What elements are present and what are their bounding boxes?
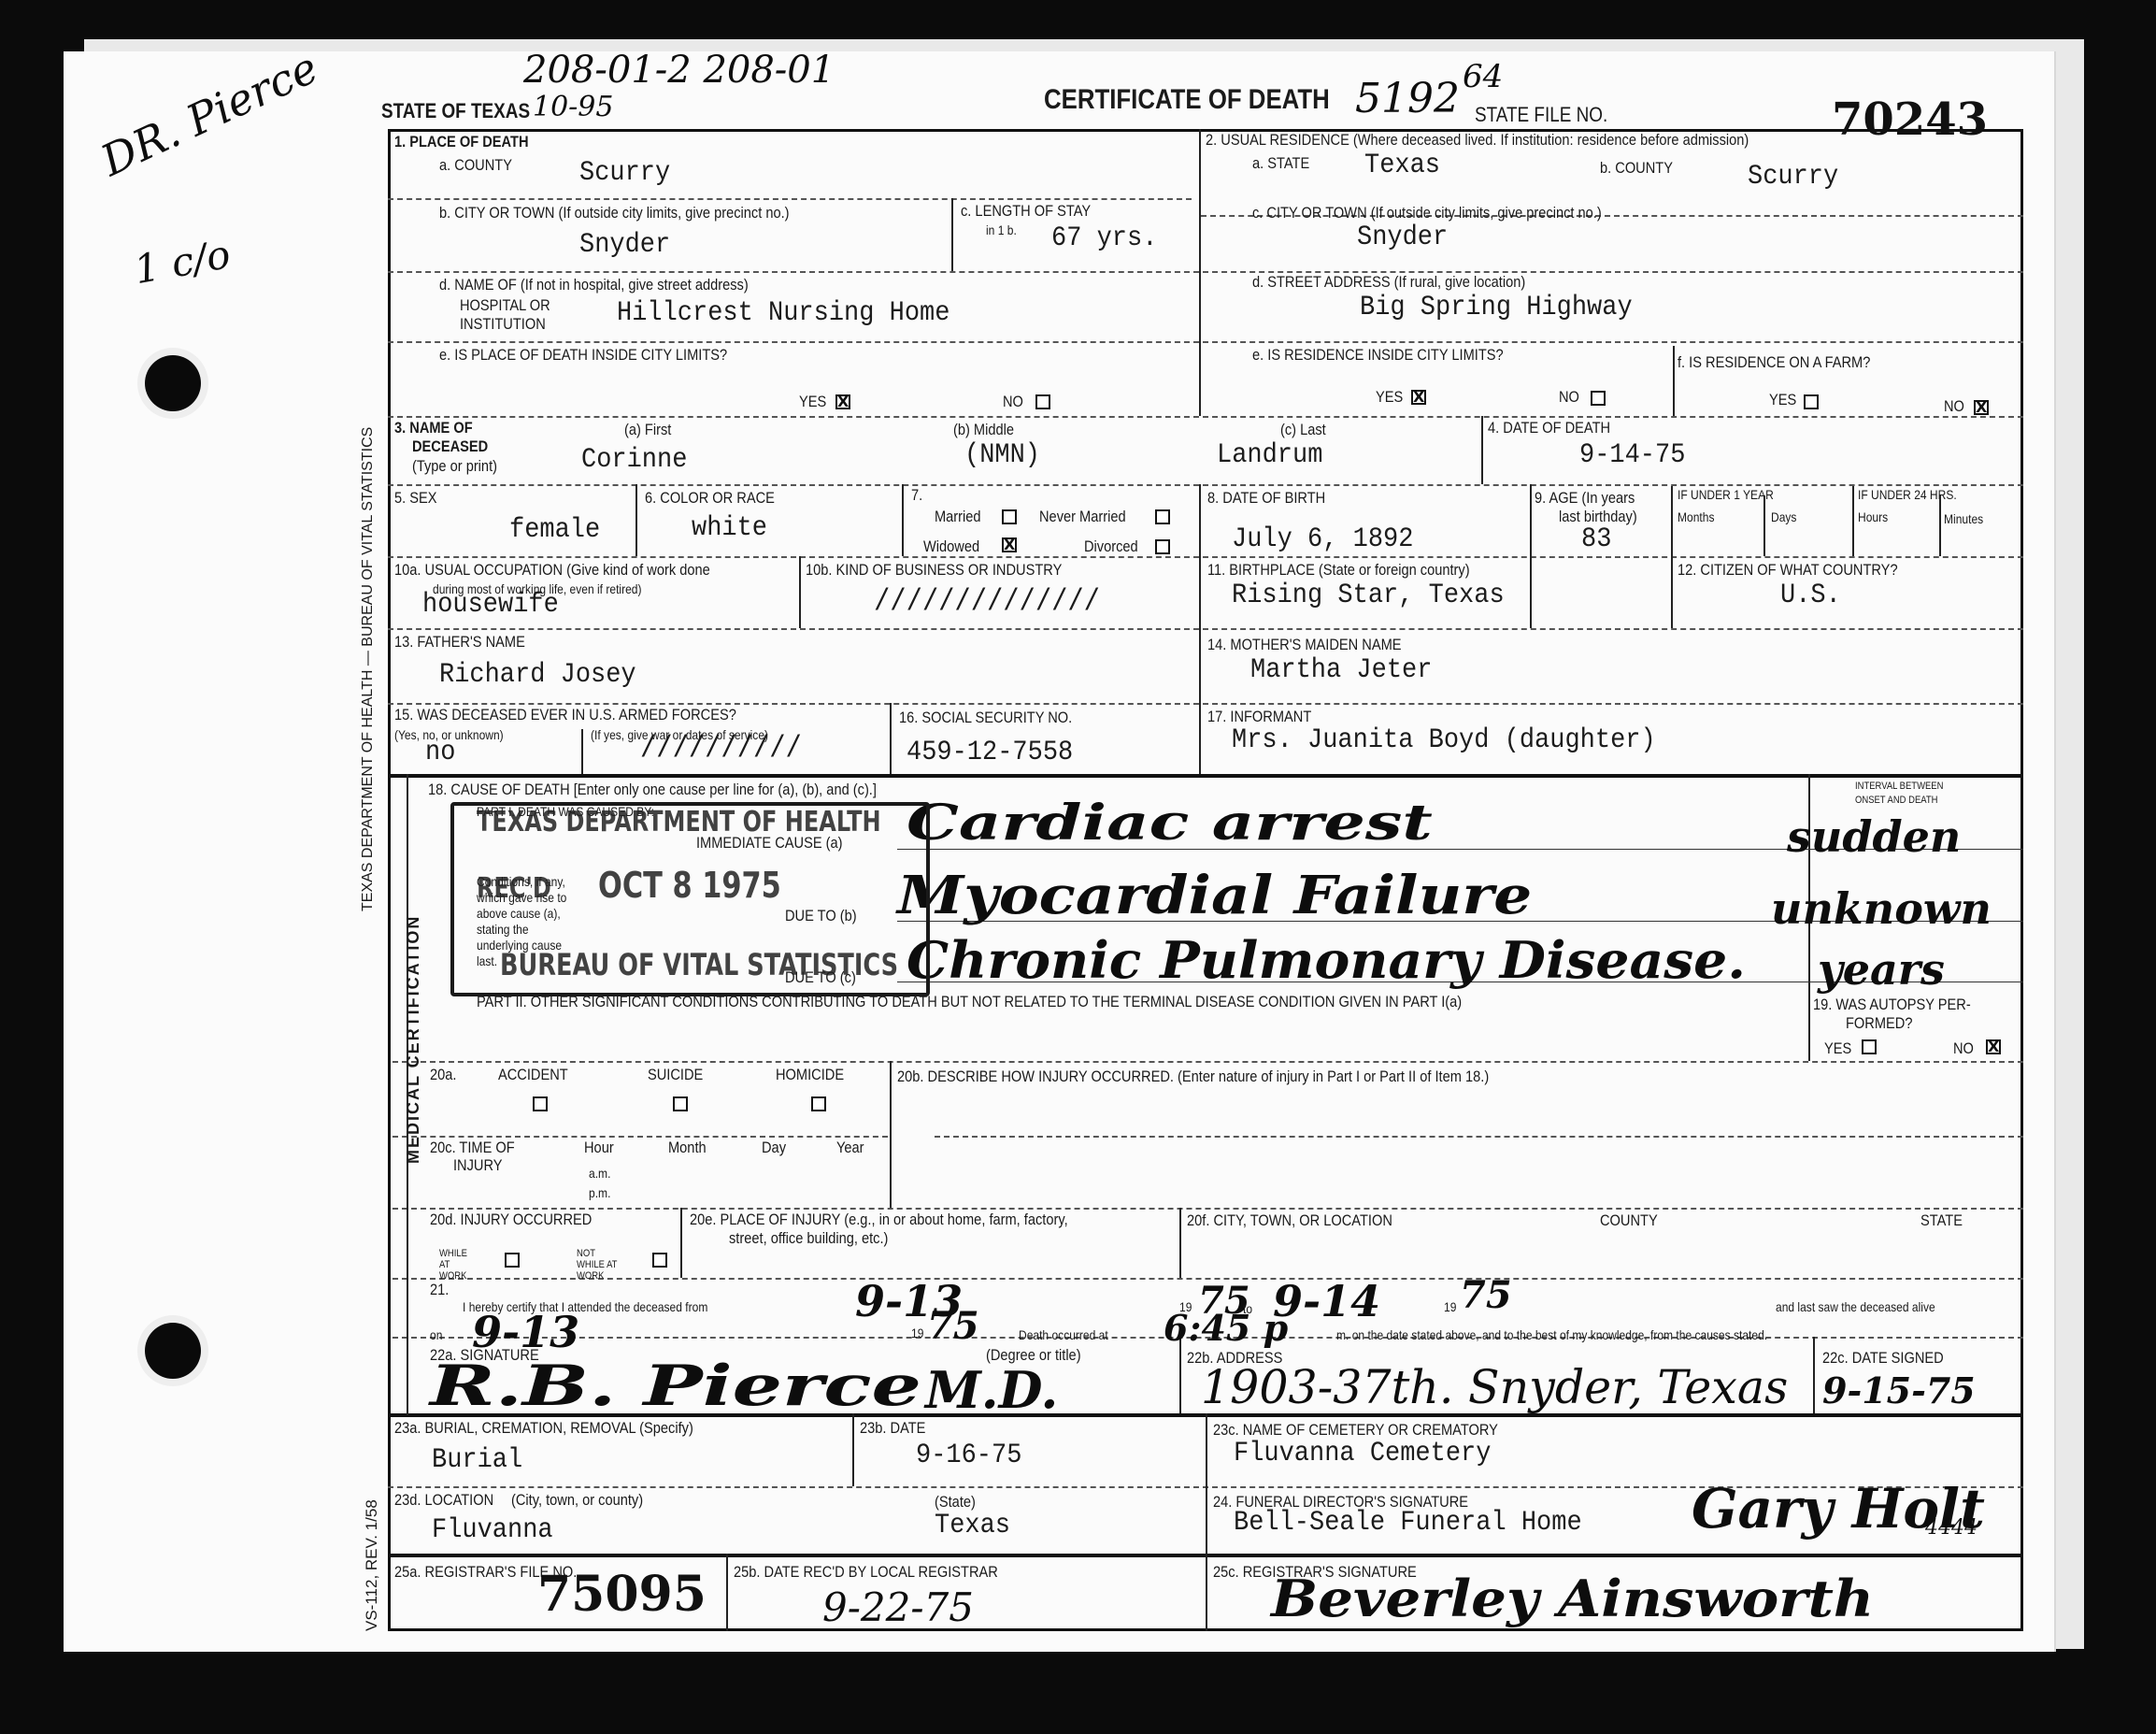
institution-label: d. NAME OF (If not in hospital, give str… bbox=[439, 276, 749, 294]
never-married-label: Never Married bbox=[1039, 508, 1126, 526]
place-of-injury-label-2: street, office building, etc.) bbox=[729, 1229, 888, 1248]
length-of-stay-sub: in 1 b. bbox=[986, 222, 1017, 237]
residence-county-label: b. COUNTY bbox=[1600, 159, 1673, 178]
rule bbox=[393, 1208, 2023, 1210]
last-name-value: Landrum bbox=[1217, 439, 1322, 471]
disposition-method-label: 23a. BURIAL, CREMATION, REMOVAL (Specify… bbox=[394, 1419, 693, 1438]
interval-label-1: INTERVAL BETWEEN bbox=[1855, 781, 1943, 792]
homicide-checkbox[interactable] bbox=[811, 1096, 826, 1111]
rule bbox=[1813, 1337, 1815, 1413]
death-inside-no-checkbox[interactable] bbox=[1035, 394, 1050, 409]
name-label-3: (Type or print) bbox=[412, 457, 497, 476]
injury-city-label: 20f. CITY, TOWN, OR LOCATION bbox=[1187, 1211, 1392, 1230]
am-label: a.m. bbox=[589, 1166, 610, 1181]
rule bbox=[388, 703, 2023, 705]
residence-street-value: Big Spring Highway bbox=[1360, 292, 1633, 323]
rule bbox=[680, 1208, 682, 1278]
time-suffix-text: m. on the date stated above, and to the … bbox=[1336, 1327, 1767, 1342]
never-married-checkbox[interactable] bbox=[1155, 509, 1170, 524]
rule bbox=[1671, 556, 1673, 628]
rule bbox=[1199, 129, 1201, 416]
death-county-label: a. COUNTY bbox=[439, 156, 512, 175]
date-received-value: 9-22-75 bbox=[822, 1584, 974, 1630]
birthplace-value: Rising Star, Texas bbox=[1232, 580, 1505, 611]
rule bbox=[581, 729, 583, 774]
attended-to-year: 75 bbox=[1460, 1273, 1512, 1317]
rule bbox=[935, 1136, 2023, 1138]
place-of-injury-label-1: 20e. PLACE OF INJURY (e.g., in or about … bbox=[690, 1211, 1068, 1229]
time-of-injury-label-2: INJURY bbox=[453, 1156, 503, 1175]
on-label: on bbox=[430, 1327, 442, 1342]
registrar-signature: Beverley Ainsworth bbox=[1271, 1569, 1874, 1628]
immediate-interval-value: sudden bbox=[1787, 811, 1961, 862]
name-label-1: 3. NAME OF bbox=[394, 419, 473, 437]
suicide-checkbox[interactable] bbox=[673, 1096, 688, 1111]
married-checkbox[interactable] bbox=[1002, 509, 1017, 524]
rule bbox=[388, 484, 2023, 486]
location-value: Fluvanna bbox=[432, 1514, 553, 1546]
institution-sub-2: INSTITUTION bbox=[460, 315, 546, 334]
physician-address: 1903-37th. Snyder, Texas bbox=[1201, 1360, 1788, 1414]
dob-label: 8. DATE OF BIRTH bbox=[1207, 489, 1325, 508]
residence-city-label: c. CITY OR TOWN (If outside city limits,… bbox=[1252, 204, 1602, 222]
death-inside-yes-label: YES bbox=[799, 393, 826, 411]
state-annotation: 10-95 bbox=[533, 91, 613, 123]
sex-value: female bbox=[509, 514, 600, 546]
rule bbox=[890, 703, 892, 774]
widowed-label: Widowed bbox=[923, 537, 979, 556]
accident-checkbox[interactable] bbox=[533, 1096, 548, 1111]
last-name-label: (c) Last bbox=[1280, 421, 1326, 439]
autopsy-label-1: 19. WAS AUTOPSY PER- bbox=[1813, 996, 1971, 1014]
hour-label: Hour bbox=[584, 1139, 614, 1157]
dob-value: July 6, 1892 bbox=[1232, 523, 1413, 555]
rule bbox=[388, 198, 1192, 200]
injury-county-label: COUNTY bbox=[1600, 1211, 1658, 1230]
length-of-stay-label: c. LENGTH OF STAY bbox=[961, 202, 1091, 221]
death-city-label: b. CITY OR TOWN (If outside city limits,… bbox=[439, 204, 790, 222]
industry-label: 10b. KIND OF BUSINESS OR INDUSTRY bbox=[806, 561, 1062, 580]
age-label-1: 9. AGE (In years bbox=[1535, 489, 1635, 508]
residence-inside-yes-label: YES bbox=[1376, 388, 1403, 407]
not-while-at-work-label: NOT WHILE AT WORK bbox=[577, 1248, 625, 1282]
minutes-label: Minutes bbox=[1944, 511, 1983, 526]
rule bbox=[635, 484, 637, 556]
sex-label: 5. SEX bbox=[394, 489, 437, 508]
rule bbox=[1763, 495, 1765, 556]
race-value: white bbox=[692, 512, 767, 544]
first-name-label: (a) First bbox=[624, 421, 671, 439]
cemetery-value: Fluvanna Cemetery bbox=[1234, 1438, 1491, 1469]
mother-value: Martha Jeter bbox=[1250, 654, 1432, 686]
rule bbox=[388, 416, 2023, 418]
rule bbox=[388, 341, 2023, 343]
residence-farm-yes-label: YES bbox=[1769, 391, 1796, 409]
physician-signature: R.B. Pierce bbox=[430, 1354, 921, 1419]
residence-inside-yes-checkbox[interactable]: X bbox=[1411, 390, 1426, 405]
date-of-death-label: 4. DATE OF DEATH bbox=[1488, 419, 1610, 437]
residence-inside-no-label: NO bbox=[1559, 388, 1579, 407]
hours-label: Hours bbox=[1858, 509, 1888, 524]
rule bbox=[393, 1061, 2023, 1063]
marital-status-label: 7. bbox=[911, 486, 922, 505]
last-seen-year-prefix: 19 bbox=[911, 1326, 923, 1340]
mother-label: 14. MOTHER'S MAIDEN NAME bbox=[1207, 636, 1402, 654]
year-label: Year bbox=[836, 1139, 864, 1157]
armed-forces-value: no bbox=[425, 737, 455, 768]
accident-label: ACCIDENT bbox=[498, 1066, 568, 1084]
birthplace-label: 11. BIRTHPLACE (State or foreign country… bbox=[1207, 561, 1470, 580]
month-label: Month bbox=[668, 1139, 707, 1157]
residence-inside-city-label: e. IS RESIDENCE INSIDE CITY LIMITS? bbox=[1252, 346, 1504, 365]
rule bbox=[799, 556, 801, 628]
residence-farm-no-checkbox[interactable]: X bbox=[1974, 400, 1989, 415]
first-name-value: Corinne bbox=[581, 444, 687, 476]
autopsy-label-2: FORMED? bbox=[1846, 1014, 1912, 1033]
cause-of-death-label: 18. CAUSE OF DEATH [Enter only one cause… bbox=[428, 781, 877, 799]
rule bbox=[726, 1554, 728, 1631]
not-while-at-work-checkbox[interactable] bbox=[652, 1253, 667, 1268]
race-label: 6. COLOR OR RACE bbox=[645, 489, 775, 508]
place-of-death-label: 1. PLACE OF DEATH bbox=[394, 133, 529, 151]
middle-name-value: (NMN) bbox=[964, 439, 1040, 471]
residence-state-label: a. STATE bbox=[1252, 154, 1309, 173]
stamp-date: OCT 8 1975 bbox=[598, 865, 781, 906]
divorced-checkbox[interactable] bbox=[1155, 539, 1170, 554]
middle-name-label: (b) Middle bbox=[953, 421, 1014, 439]
divorced-label: Divorced bbox=[1084, 537, 1138, 556]
day-label: Day bbox=[762, 1139, 786, 1157]
death-inside-city-label: e. IS PLACE OF DEATH INSIDE CITY LIMITS? bbox=[439, 346, 727, 365]
father-label: 13. FATHER'S NAME bbox=[394, 633, 525, 652]
residence-farm-no-label: NO bbox=[1944, 397, 1964, 416]
last-seen-text: and last saw the deceased alive bbox=[1776, 1299, 1935, 1314]
rule bbox=[1673, 346, 1675, 416]
industry-value: ////////////// bbox=[874, 584, 1100, 619]
rule bbox=[1179, 1208, 1181, 1278]
rule bbox=[1206, 1554, 1207, 1631]
death-inside-yes-checkbox[interactable]: X bbox=[835, 394, 850, 409]
rule bbox=[1939, 495, 1941, 556]
occupation-value: housewife bbox=[422, 589, 559, 621]
date-of-death-value: 9-14-75 bbox=[1579, 439, 1685, 471]
rule bbox=[388, 774, 2023, 778]
last-seen-year: 75 bbox=[927, 1304, 979, 1348]
describe-injury-label: 20b. DESCRIBE HOW INJURY OCCURRED. (Ente… bbox=[897, 1068, 1489, 1086]
occupation-label-1: 10a. USUAL OCCUPATION (Give kind of work… bbox=[394, 561, 710, 580]
location-state-label: (State) bbox=[935, 1493, 976, 1512]
armed-forces-dates: ////////// bbox=[640, 731, 802, 766]
rule bbox=[1481, 416, 1483, 484]
rule bbox=[1199, 484, 1201, 774]
rule bbox=[1671, 486, 1673, 556]
death-city-value: Snyder bbox=[579, 229, 670, 261]
injury-type-label: 20a. bbox=[430, 1066, 456, 1084]
ssn-value: 459-12-7558 bbox=[907, 737, 1073, 768]
informant-label: 17. INFORMANT bbox=[1207, 708, 1311, 726]
institution-value: Hillcrest Nursing Home bbox=[617, 297, 949, 329]
form-id-label: VS-112, REV. 1/58 bbox=[363, 1499, 381, 1631]
cemetery-label: 23c. NAME OF CEMETERY OR CREMATORY bbox=[1213, 1421, 1498, 1440]
residence-street-label: d. STREET ADDRESS (If rural, give locati… bbox=[1252, 273, 1525, 292]
date-signed-label: 22c. DATE SIGNED bbox=[1822, 1349, 1944, 1368]
vertical-department-label: TEXAS DEPARTMENT OF HEALTH — BUREAU OF V… bbox=[360, 427, 377, 911]
top-annotation: 208-01-2 208-01 bbox=[523, 49, 835, 92]
death-occurred-text: Death occurred at bbox=[1019, 1327, 1108, 1342]
to-year-prefix: 19 bbox=[1444, 1299, 1456, 1314]
location-sub-label: (City, town, or county) bbox=[511, 1491, 643, 1510]
registrar-file-value: 75095 bbox=[537, 1566, 707, 1623]
residence-inside-no-checkbox[interactable] bbox=[1591, 391, 1606, 406]
father-value: Richard Josey bbox=[439, 659, 636, 691]
residence-city-value: Snyder bbox=[1357, 222, 1448, 253]
disposition-date-value: 9-16-75 bbox=[916, 1440, 1021, 1471]
time-of-injury-label-1: 20c. TIME OF bbox=[430, 1139, 515, 1157]
citizen-value: U.S. bbox=[1780, 580, 1841, 611]
interval-label-2: ONSET AND DEATH bbox=[1855, 795, 1937, 806]
death-inside-no-label: NO bbox=[1003, 393, 1023, 411]
residence-state-value: Texas bbox=[1364, 150, 1440, 181]
while-at-work-label: WHILE AT WORK bbox=[439, 1248, 479, 1282]
under-24-hrs-label: IF UNDER 24 HRS. bbox=[1858, 487, 1957, 502]
punch-hole-bottom bbox=[145, 1323, 201, 1379]
date-received-label: 25b. DATE REC'D BY LOCAL REGISTRAR bbox=[734, 1563, 998, 1582]
rule bbox=[407, 774, 408, 1415]
stamp-bureau: BUREAU OF VITAL STATISTICS bbox=[500, 947, 898, 982]
title-annotation: 5192 bbox=[1355, 75, 1460, 122]
ssn-label: 16. SOCIAL SECURITY NO. bbox=[899, 709, 1072, 727]
stamp-department: TEXAS DEPARTMENT OF HEALTH bbox=[477, 806, 881, 838]
injury-state-label: STATE bbox=[1920, 1211, 1963, 1230]
degree-value: M.D. bbox=[925, 1360, 1058, 1420]
days-label: Days bbox=[1771, 509, 1796, 524]
rule bbox=[1206, 1413, 1207, 1554]
rule bbox=[388, 271, 2023, 273]
under-1-year-label: IF UNDER 1 YEAR bbox=[1678, 487, 1774, 502]
death-time-value: 6:45 p bbox=[1164, 1307, 1288, 1349]
injury-occurred-label: 20d. INJURY OCCURRED bbox=[430, 1211, 592, 1229]
title-annotation-2: 64 bbox=[1463, 58, 1503, 95]
autopsy-yes-checkbox[interactable] bbox=[1862, 1039, 1877, 1054]
rule bbox=[852, 1413, 854, 1486]
informant-value: Mrs. Juanita Boyd (daughter) bbox=[1232, 724, 1656, 756]
attended-to-value: 9-14 bbox=[1273, 1276, 1380, 1326]
rule bbox=[890, 1061, 892, 1208]
due-to-c-interval-value: years bbox=[1818, 944, 1945, 995]
age-value: 83 bbox=[1581, 523, 1611, 555]
rule bbox=[902, 484, 904, 556]
homicide-label: HOMICIDE bbox=[776, 1066, 844, 1084]
residence-county-value: Scurry bbox=[1748, 161, 1838, 193]
suicide-label: SUICIDE bbox=[648, 1066, 703, 1084]
residence-farm-label: f. IS RESIDENCE ON A FARM? bbox=[1678, 353, 1870, 372]
rule bbox=[1852, 486, 1854, 556]
funeral-home-value: Bell-Seale Funeral Home bbox=[1234, 1507, 1582, 1539]
pm-label: p.m. bbox=[589, 1185, 610, 1200]
funeral-license-number: 4444 bbox=[1925, 1516, 1978, 1540]
citizen-label: 12. CITIZEN OF WHAT COUNTRY? bbox=[1678, 561, 1898, 580]
rule bbox=[951, 198, 953, 271]
due-to-b-value: Myocardial Failure bbox=[897, 865, 1532, 926]
autopsy-no-label: NO bbox=[1953, 1039, 1974, 1058]
stamp-received: REC'D bbox=[477, 872, 551, 905]
rule bbox=[393, 1136, 888, 1138]
disposition-date-label: 23b. DATE bbox=[860, 1419, 925, 1438]
certification-number: 21. bbox=[430, 1281, 449, 1299]
rule bbox=[1530, 484, 1532, 628]
state-file-label: STATE FILE NO. bbox=[1475, 103, 1607, 127]
months-label: Months bbox=[1678, 509, 1714, 524]
immediate-cause-value: Cardiac arrest bbox=[907, 795, 1433, 852]
death-county-value: Scurry bbox=[579, 157, 670, 189]
residence-label: 2. USUAL RESIDENCE (Where deceased lived… bbox=[1206, 131, 1749, 150]
due-to-b-interval-value: unknown bbox=[1771, 883, 1992, 934]
punch-hole-top bbox=[145, 355, 201, 411]
while-at-work-checkbox[interactable] bbox=[505, 1253, 520, 1268]
residence-farm-yes-checkbox[interactable] bbox=[1804, 394, 1819, 409]
institution-sub-1: HOSPITAL OR bbox=[460, 296, 550, 315]
armed-forces-label: 15. WAS DECEASED EVER IN U.S. ARMED FORC… bbox=[394, 706, 736, 724]
state-of-texas-label: STATE OF TEXAS bbox=[381, 99, 530, 123]
widowed-checkbox[interactable]: X bbox=[1002, 537, 1017, 552]
length-of-stay-value: 67 yrs. bbox=[1051, 222, 1157, 254]
married-label: Married bbox=[935, 508, 981, 526]
disposition-method-value: Burial bbox=[432, 1444, 522, 1476]
location-label: 23d. LOCATION bbox=[394, 1491, 493, 1510]
autopsy-yes-label: YES bbox=[1824, 1039, 1851, 1058]
location-state-value: Texas bbox=[935, 1510, 1010, 1541]
name-label-2: DECEASED bbox=[412, 437, 488, 456]
rule bbox=[388, 628, 2023, 630]
autopsy-no-checkbox[interactable]: X bbox=[1986, 1039, 2001, 1054]
date-signed-value: 9-15-75 bbox=[1822, 1369, 1976, 1412]
rule bbox=[388, 556, 2023, 558]
certificate-title: CERTIFICATE OF DEATH bbox=[1044, 84, 1330, 116]
due-to-c-value: Chronic Pulmonary Disease. bbox=[907, 930, 1746, 990]
